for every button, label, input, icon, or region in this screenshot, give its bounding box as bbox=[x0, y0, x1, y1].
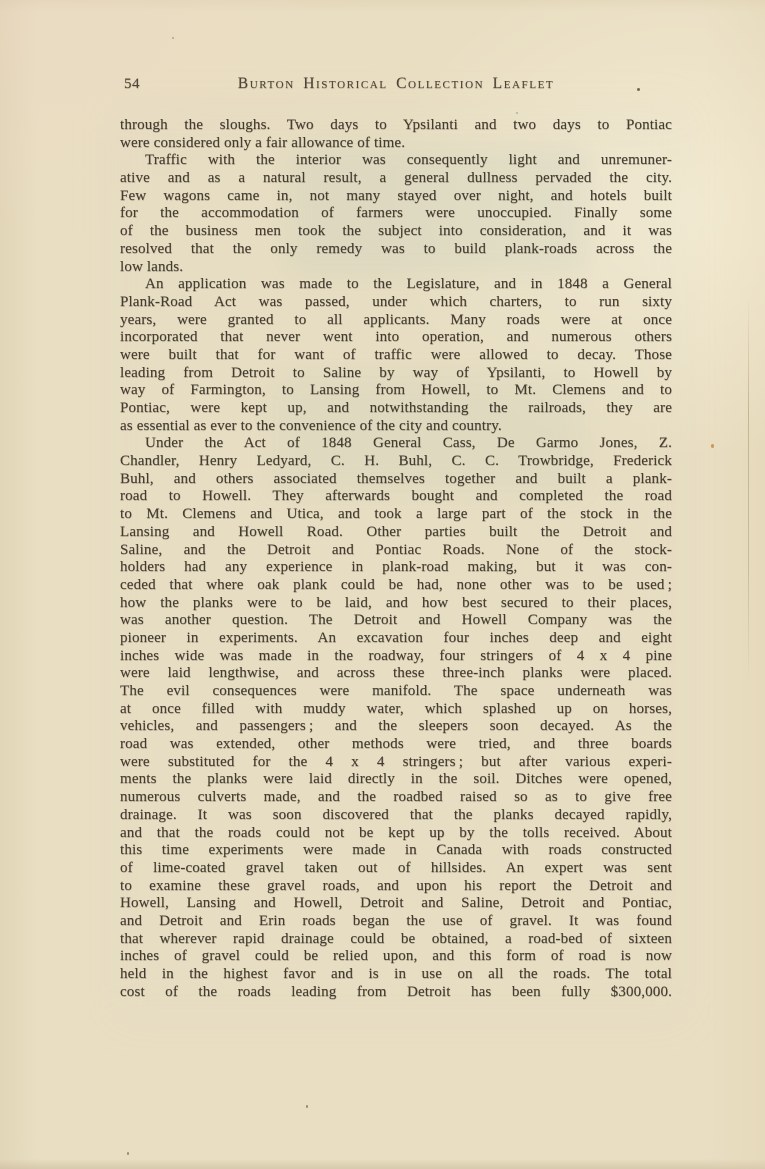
text-line: as essential as ever to the convenience … bbox=[120, 418, 672, 436]
text-line: numerous culverts made, and the roadbed … bbox=[120, 789, 672, 807]
text-line: Saline, and the Detroit and Pontiac Road… bbox=[120, 542, 672, 560]
text-line: pioneer in experiments. An excavation fo… bbox=[120, 630, 672, 648]
text-line: to Mt. Clemens and Utica, and took a lar… bbox=[120, 506, 672, 524]
text-line: years, were granted to all applicants. M… bbox=[120, 312, 672, 330]
text-line: held in the highest favor and is in use … bbox=[120, 966, 672, 984]
text-line: low lands. bbox=[120, 259, 672, 277]
text-line: were laid lengthwise, and across these t… bbox=[120, 665, 672, 683]
book-page: 54 Burton Historical Collection Leaflet … bbox=[0, 0, 765, 1169]
text-line: for the accommodation of farmers were un… bbox=[120, 205, 672, 223]
text-line: ative and as a natural result, a general… bbox=[120, 170, 672, 188]
text-line: leading from Detroit to Saline by way of… bbox=[120, 365, 672, 383]
text-line: road to Howell. They afterwards bought a… bbox=[120, 488, 672, 506]
running-header-title: Burton Historical Collection Leaflet bbox=[120, 75, 672, 93]
text-line: how the planks were to be laid, and how … bbox=[120, 595, 672, 613]
text-line: at once filled with muddy water, which s… bbox=[120, 701, 672, 719]
text-line: were built that for want of traffic were… bbox=[120, 347, 672, 365]
text-line: An application was made to the Legislatu… bbox=[120, 276, 672, 294]
paper-speck bbox=[516, 112, 518, 114]
text-line: were substituted for the 4 x 4 stringers… bbox=[120, 754, 672, 772]
text-line: vehicles, and passengers ; and the sleep… bbox=[120, 718, 672, 736]
paper-speck bbox=[127, 1152, 129, 1155]
text-line: Under the Act of 1848 General Cass, De G… bbox=[120, 435, 672, 453]
text-line: Plank-Road Act was passed, under which c… bbox=[120, 294, 672, 312]
text-line: to examine these gravel roads, and upon … bbox=[120, 878, 672, 896]
text-line: Chandler, Henry Ledyard, C. H. Buhl, C. … bbox=[120, 453, 672, 471]
text-line: The evil consequences were manifold. The… bbox=[120, 683, 672, 701]
text-line: holders had any experience in plank-road… bbox=[120, 559, 672, 577]
text-line: incorporated that never went into operat… bbox=[120, 329, 672, 347]
text-line: inches wide was made in the roadway, fou… bbox=[120, 648, 672, 666]
text-line: and that the roads could not be kept up … bbox=[120, 825, 672, 843]
text-line: drainage. It was soon discovered that th… bbox=[120, 807, 672, 825]
text-line: cost of the roads leading from Detroit h… bbox=[120, 984, 672, 1002]
text-line: Traffic with the interior was consequent… bbox=[120, 152, 672, 170]
text-block: through the sloughs. Two days to Ypsilan… bbox=[120, 117, 672, 1001]
text-line: Pontiac, were kept up, and notwithstandi… bbox=[120, 400, 672, 418]
text-line: were considered only a fair allowance of… bbox=[120, 135, 672, 153]
text-line: resolved that the only remedy was to bui… bbox=[120, 241, 672, 259]
text-line: way of Farmington, to Lansing from Howel… bbox=[120, 382, 672, 400]
paper-speck bbox=[637, 88, 640, 91]
text-line: ments the planks were laid directly in t… bbox=[120, 771, 672, 789]
text-line: road was extended, other methods were tr… bbox=[120, 736, 672, 754]
text-line: Lansing and Howell Road. Other parties b… bbox=[120, 524, 672, 542]
paper-speck bbox=[172, 37, 174, 39]
paper-crease bbox=[748, 295, 749, 685]
paper-speck bbox=[306, 1105, 308, 1108]
text-line: of the business men took the subject int… bbox=[120, 223, 672, 241]
text-line: through the sloughs. Two days to Ypsilan… bbox=[120, 117, 672, 135]
text-line: was another question. The Detroit and Ho… bbox=[120, 612, 672, 630]
text-line: Howell, Lansing and Howell, Detroit and … bbox=[120, 895, 672, 913]
paper-speck bbox=[711, 444, 714, 448]
running-header: 54 Burton Historical Collection Leaflet bbox=[120, 75, 672, 95]
text-line: ceded that where oak plank could be had,… bbox=[120, 577, 672, 595]
text-line: and Detroit and Erin roads began the use… bbox=[120, 913, 672, 931]
text-line: that wherever rapid drainage could be ob… bbox=[120, 931, 672, 949]
text-line: inches of gravel could be relied upon, a… bbox=[120, 948, 672, 966]
text-line: Few wagons came in, not many stayed over… bbox=[120, 188, 672, 206]
text-line: this time experiments were made in Canad… bbox=[120, 842, 672, 860]
text-line: of lime-coated gravel taken out of hills… bbox=[120, 860, 672, 878]
text-line: Buhl, and others associated themselves t… bbox=[120, 471, 672, 489]
page-number: 54 bbox=[124, 76, 140, 93]
